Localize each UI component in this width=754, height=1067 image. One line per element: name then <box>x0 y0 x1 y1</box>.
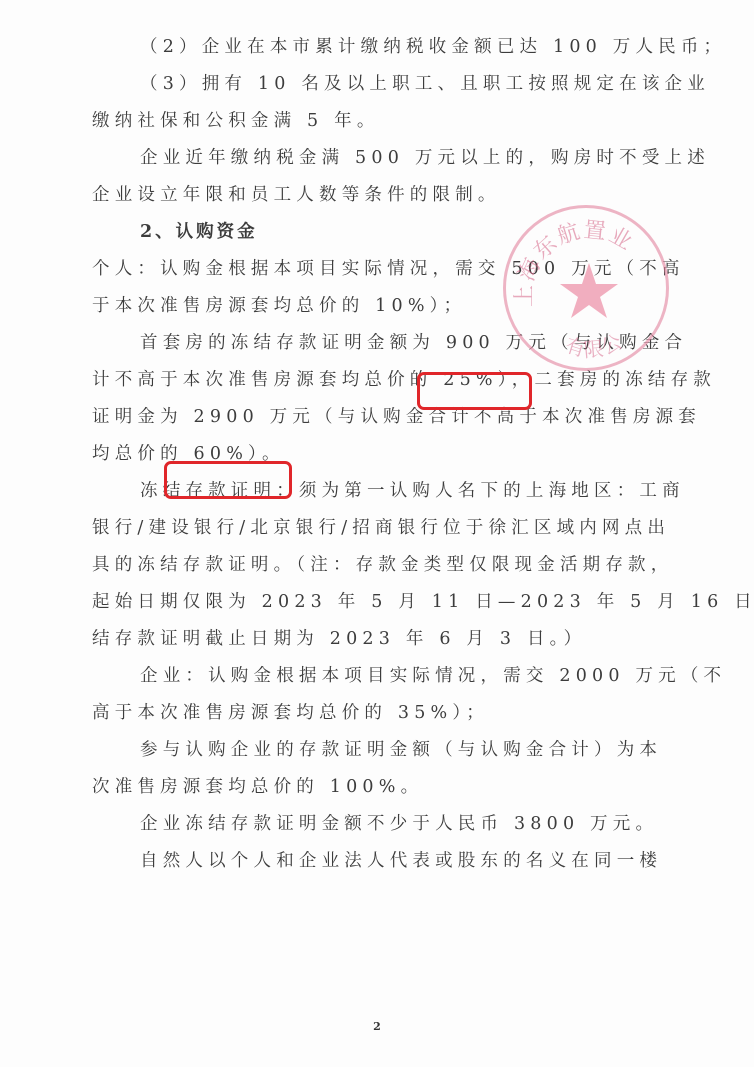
highlight-box-2900 <box>164 461 292 499</box>
document-page: （2）企业在本市累计缴纳税收金额已达 100 万人民币； （3）拥有 10 名及… <box>0 0 754 1067</box>
text-line-employees: （3）拥有 10 名及以上职工、且职工按照规定在该企业 <box>140 69 664 99</box>
text-line-tax-amount: （2）企业在本市累计缴纳税收金额已达 100 万人民币； <box>140 32 664 62</box>
page-number: 2 <box>0 1020 754 1033</box>
text-line-enterprise-percent: 高于本次准售房源套均总价的 35%）； <box>92 698 664 728</box>
text-line-second-home: 计不高于本次准售房源套均总价的 25%），二套房的冻结存款 <box>92 365 664 395</box>
text-line-second-home-amount: 证明金为 2900 万元（与认购金合计不高于本次准售房源套 <box>92 402 664 432</box>
text-line-social-security: 缴纳社保和公积金满 5 年。 <box>92 106 664 136</box>
text-line-tax-exemption: 企业近年缴纳税金满 500 万元以上的，购房时不受上述 <box>140 143 664 173</box>
text-line-enterprise-minimum: 企业冻结存款证明金额不少于人民币 3800 万元。 <box>140 809 664 839</box>
text-line-deadline: 结存款证明截止日期为 2023 年 6 月 3 日。） <box>92 624 664 654</box>
text-line-enterprise-proof-percent: 次准售房源套均总价的 100%。 <box>92 772 664 802</box>
text-line-individual-percent: 于本次准售房源套均总价的 10%）； <box>92 291 664 321</box>
highlight-box-900 <box>417 372 532 410</box>
text-line-banks: 银行/建设银行/北京银行/招商银行位于徐汇区域内网点出 <box>92 513 664 543</box>
text-line-enterprise-proof: 参与认购企业的存款证明金额（与认购金合计）为本 <box>140 735 664 765</box>
text-line-individual-deposit: 个人：认购金根据本项目实际情况，需交 500 万元（不高 <box>92 254 664 284</box>
text-line-enterprise-deposit: 企业：认购金根据本项目实际情况，需交 2000 万元（不 <box>140 661 664 691</box>
text-line-first-home: 首套房的冻结存款证明金额为 900 万元（与认购金合 <box>140 328 664 358</box>
section-heading-subscription-funds: 2、认购资金 <box>140 217 664 247</box>
text-line-natural-person: 自然人以个人和企业法人代表或股东的名义在同一楼 <box>140 846 664 876</box>
text-line-note: 具的冻结存款证明。（注：存款金类型仅限现金活期存款， <box>92 550 664 580</box>
text-line-restriction: 企业设立年限和员工人数等条件的限制。 <box>92 180 664 210</box>
text-line-date-range: 起始日期仅限为 2023 年 5 月 11 日—2023 年 5 月 16 日，… <box>92 587 664 617</box>
